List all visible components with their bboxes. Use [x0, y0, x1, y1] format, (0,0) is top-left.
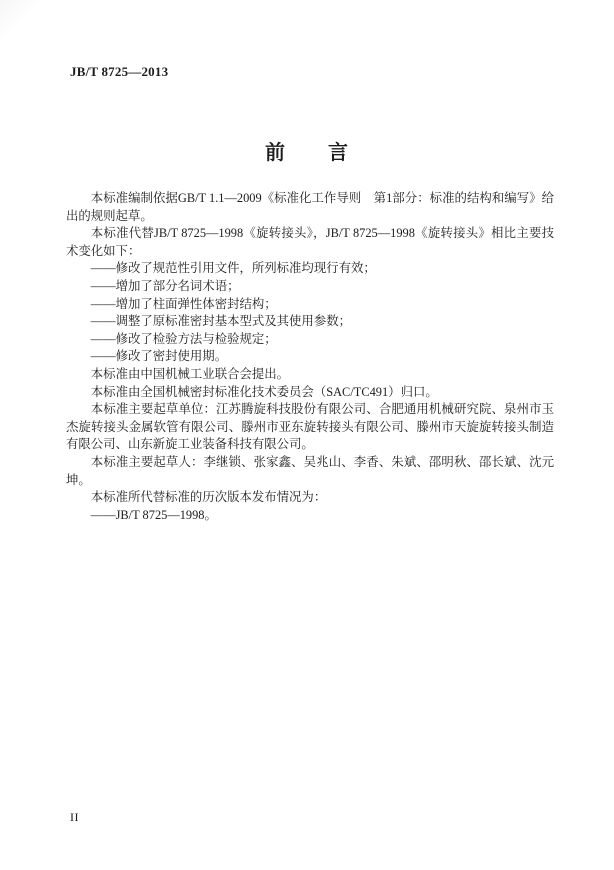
- document-page: JB/T 8725—2013 前 言 本标准编制依据GB/T 1.1—2009《…: [0, 0, 614, 870]
- foreword-body: 本标准编制依据GB/T 1.1—2009《标准化工作导则 第1部分：标准的结构和…: [66, 190, 554, 524]
- body-paragraph: 本标准主要起草人：李继锁、张家鑫、吴兆山、李香、朱斌、邵明秋、邵长斌、沈元坤。: [66, 454, 554, 489]
- body-paragraph: ——调整了原标准密封基本型式及其使用参数；: [66, 313, 554, 331]
- body-paragraph: ——修改了密封使用期。: [66, 348, 554, 366]
- body-paragraph: 本标准主要起草单位：江苏腾旋科技股份有限公司、合肥通用机械研究院、泉州市玉杰旋转…: [66, 401, 554, 454]
- page-number: II: [70, 810, 79, 825]
- body-paragraph: ——增加了部分名词术语；: [66, 278, 554, 296]
- body-paragraph: 本标准由中国机械工业联合会提出。: [66, 366, 554, 384]
- body-paragraph: 本标准由全国机械密封标准化技术委员会（SAC/TC491）归口。: [66, 384, 554, 402]
- body-paragraph: ——修改了规范性引用文件，所列标准均现行有效；: [66, 260, 554, 278]
- body-paragraph: ——修改了检验方法与检验规定；: [66, 331, 554, 349]
- body-paragraph: 本标准编制依据GB/T 1.1—2009《标准化工作导则 第1部分：标准的结构和…: [66, 190, 554, 225]
- body-paragraph: 本标准代替JB/T 8725—1998《旋转接头》，JB/T 8725—1998…: [66, 225, 554, 260]
- foreword-title: 前 言: [0, 136, 614, 165]
- body-paragraph: ——JB/T 8725—1998。: [66, 507, 554, 525]
- body-paragraph: ——增加了柱面弹性体密封结构；: [66, 296, 554, 314]
- standard-number-header: JB/T 8725—2013: [70, 64, 168, 80]
- body-paragraph: 本标准所代替标准的历次版本发布情况为：: [66, 489, 554, 507]
